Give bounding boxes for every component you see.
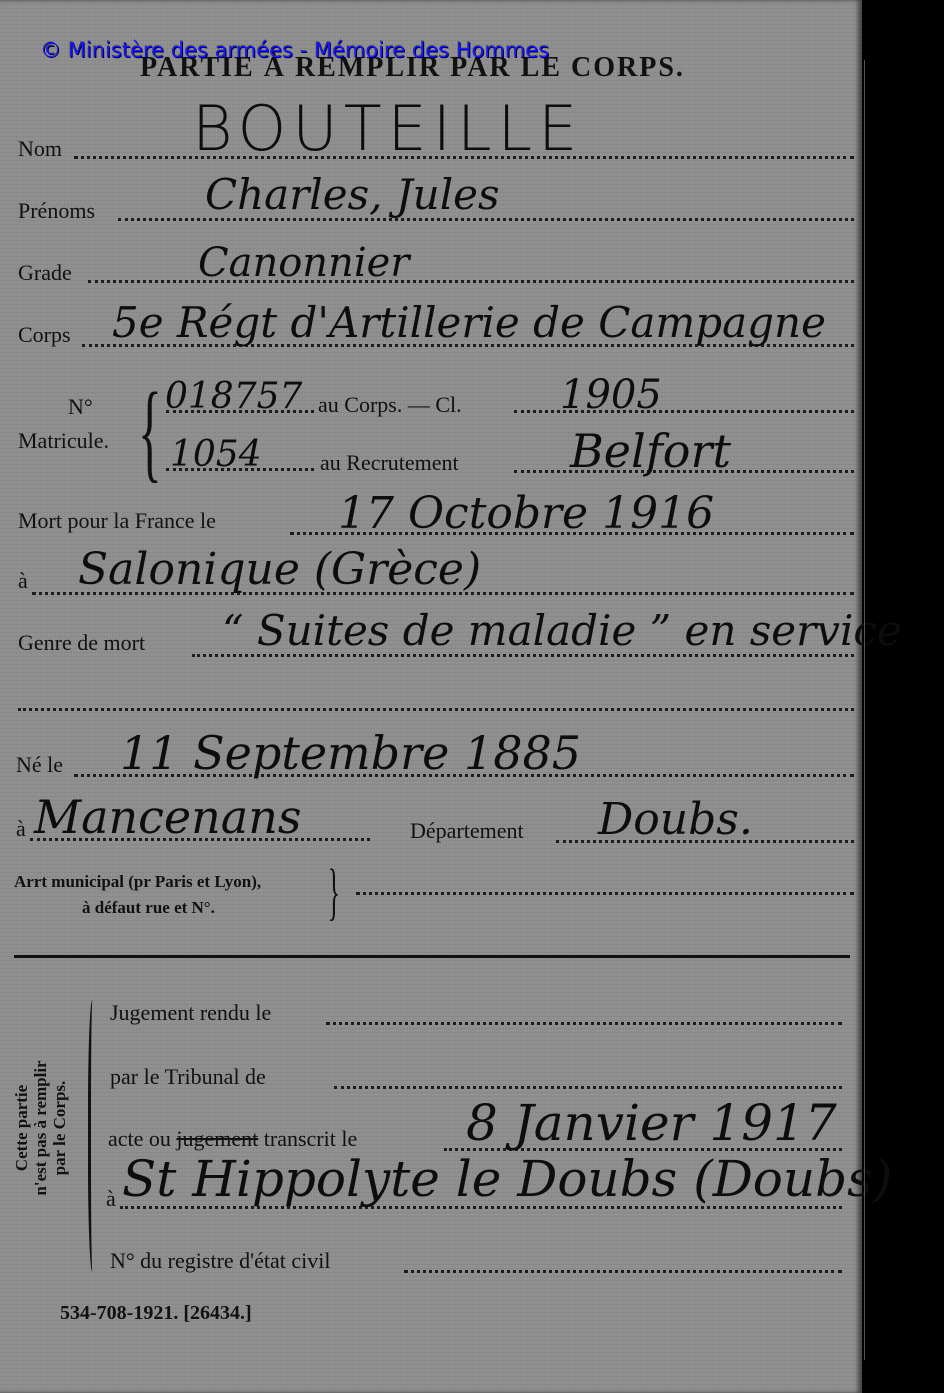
- ne-lieu-label: à: [16, 816, 26, 842]
- recrutement-number-value: 1054: [170, 434, 262, 475]
- jugement-label: Jugement rendu le: [110, 1000, 271, 1026]
- departement-label: Département: [410, 818, 524, 844]
- classe-value: 1905: [560, 372, 662, 418]
- transcrit-label: acte ou jugement transcrit le: [108, 1126, 357, 1152]
- genre-mort-label: Genre de mort: [18, 630, 145, 656]
- transcrit-label-struck: jugement: [176, 1126, 258, 1151]
- tribunal-label: par le Tribunal de: [110, 1064, 266, 1090]
- corps-value: 5e Régt d'Artillerie de Campagne: [112, 298, 826, 347]
- death-record-card: © Ministère des armées - Mémoire des Hom…: [0, 0, 862, 1393]
- mort-date-value: 17 Octobre 1916: [338, 488, 714, 539]
- transcrit-label-suffix: transcrit le: [258, 1126, 357, 1151]
- arrondissement-label-1: Arrt municipal (pr Paris et Lyon),: [14, 872, 261, 892]
- side-note-line-2: n'est pas à remplir: [31, 1028, 50, 1228]
- au-recrutement-label: au Recrutement: [320, 450, 459, 476]
- matricule-no-label: N°: [68, 394, 93, 420]
- au-corps-label: au Corps. — Cl.: [318, 392, 462, 418]
- jugement-line: [326, 1022, 842, 1025]
- transcrit-label-prefix: acte ou: [108, 1126, 176, 1151]
- matricule-brace: {: [138, 376, 162, 486]
- registre-line: [404, 1270, 842, 1273]
- tribunal-line: [334, 1086, 842, 1089]
- mort-lieu-value: Salonique (Grèce): [78, 544, 481, 595]
- side-note-line-3: par le Corps.: [50, 1028, 69, 1228]
- transcrit-lieu-label: à: [106, 1186, 116, 1212]
- grade-value: Canonnier: [198, 240, 409, 286]
- side-note-line-1: Cette partie: [12, 1028, 31, 1228]
- transcrit-value: 8 Janvier 1917: [466, 1094, 837, 1152]
- ne-le-value: 11 Septembre 1885: [120, 726, 581, 780]
- side-note: Cette partie n'est pas à remplir par le …: [12, 1028, 69, 1228]
- matricule-label: Matricule.: [18, 428, 109, 454]
- prenoms-label: Prénoms: [18, 198, 95, 224]
- prenoms-value: Charles, Jules: [205, 170, 500, 219]
- ne-lieu-value: Mancenans: [34, 790, 301, 844]
- arrondissement-brace: {: [328, 866, 340, 930]
- arrondissement-label-2: à défaut rue et N°.: [82, 898, 215, 918]
- section-divider: [14, 955, 850, 958]
- genre-mort-value: “ Suites de maladie ” en service: [222, 606, 902, 655]
- corps-label: Corps: [18, 322, 71, 348]
- corps-number-value: 018757: [165, 376, 302, 417]
- mort-lieu-label: à: [18, 568, 28, 594]
- print-reference: 534-708-1921. [26434.]: [60, 1302, 252, 1325]
- nom-label: Nom: [18, 136, 62, 162]
- copyright-watermark: © Ministère des armées - Mémoire des Hom…: [40, 38, 549, 62]
- departement-value: Doubs.: [598, 794, 753, 845]
- arrondissement-line: [356, 892, 854, 895]
- ne-le-label: Né le: [16, 752, 63, 778]
- mort-date-label: Mort pour la France le: [18, 508, 216, 534]
- recrutement-place-value: Belfort: [570, 424, 731, 478]
- grade-label: Grade: [18, 260, 72, 286]
- transcrit-lieu-value: St Hippolyte le Doubs (Doubs): [122, 1150, 892, 1208]
- paper-edge: [864, 60, 865, 1360]
- genre-mort-line-2: [18, 708, 854, 711]
- nom-value: BOUTEILLE: [192, 92, 583, 165]
- registre-label: N° du registre d'état civil: [110, 1248, 330, 1274]
- lower-section-brace: [88, 1000, 99, 1272]
